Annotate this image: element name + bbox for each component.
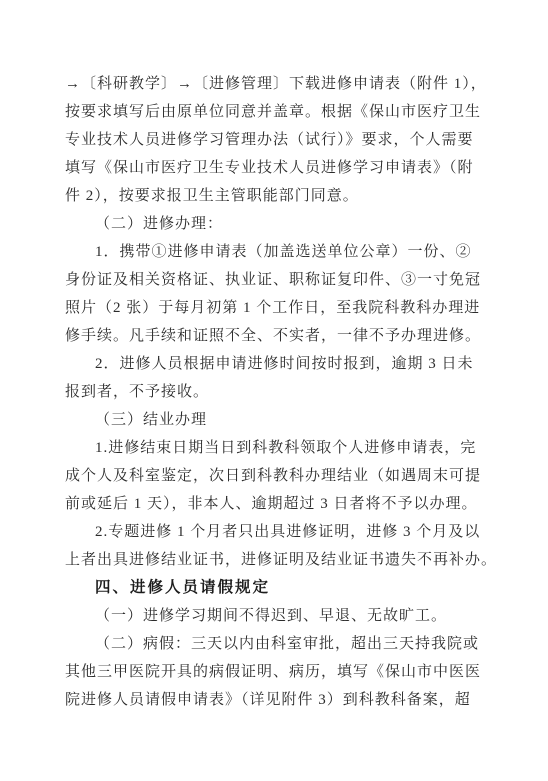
- document-line: 按要求填写后由原单位同意并盖章。根据《保山市医疗卫生: [65, 98, 485, 126]
- document-line: 1．携带①进修申请表（加盖选送单位公章）一份、②: [65, 238, 485, 266]
- document-page: →〔科研教学〕→〔进修管理〕下载进修申请表（附件 1），按要求填写后由原单位同意…: [0, 0, 548, 781]
- document-line: →〔科研教学〕→〔进修管理〕下载进修申请表（附件 1），: [65, 70, 485, 98]
- document-line: 成个人及科室鉴定，次日到科教科办理结业（如遇周末可提: [65, 462, 485, 490]
- document-line: 报到者，不予接收。: [65, 378, 485, 406]
- document-line: 院进修人员请假申请表》（详见附件 3）到科教科备案，超: [65, 686, 485, 714]
- document-line: 上者出具进修结业证书，进修证明及结业证书遗失不再补办。: [65, 546, 485, 574]
- document-line: 照片（2 张）于每月初第 1 个工作日，至我院科教科办理进: [65, 294, 485, 322]
- document-line: 2.专题进修 1 个月者只出具进修证明，进修 3 个月及以: [65, 518, 485, 546]
- document-line: 1.进修结束日期当日到科教科领取个人进修申请表，完: [65, 434, 485, 462]
- document-line: 件 2），按要求报卫生主管职能部门同意。: [65, 182, 485, 210]
- document-line: 2．进修人员根据申请进修时间按时报到，逾期 3 日未: [65, 350, 485, 378]
- document-line: 前或延后 1 天），非本人、逾期超过 3 日者将不予以办理。: [65, 490, 485, 518]
- document-line: （二）进修办理：: [65, 210, 485, 238]
- document-line: 其他三甲医院开具的病假证明、病历，填写《保山市中医医: [65, 658, 485, 686]
- section-heading: 四、进修人员请假规定: [65, 574, 485, 602]
- document-line: （三）结业办理: [65, 406, 485, 434]
- document-content: →〔科研教学〕→〔进修管理〕下载进修申请表（附件 1），按要求填写后由原单位同意…: [65, 70, 485, 714]
- document-line: （一）进修学习期间不得迟到、早退、无故旷工。: [65, 602, 485, 630]
- document-line: 身份证及相关资格证、执业证、职称证复印件、③一寸免冠: [65, 266, 485, 294]
- document-line: （二）病假：三天以内由科室审批，超出三天持我院或: [65, 630, 485, 658]
- document-line: 填写《保山市医疗卫生专业技术人员进修学习申请表》（附: [65, 154, 485, 182]
- document-line: 专业技术人员进修学习管理办法（试行）》要求，个人需要: [65, 126, 485, 154]
- document-line: 修手续。凡手续和证照不全、不实者，一律不予办理进修。: [65, 322, 485, 350]
